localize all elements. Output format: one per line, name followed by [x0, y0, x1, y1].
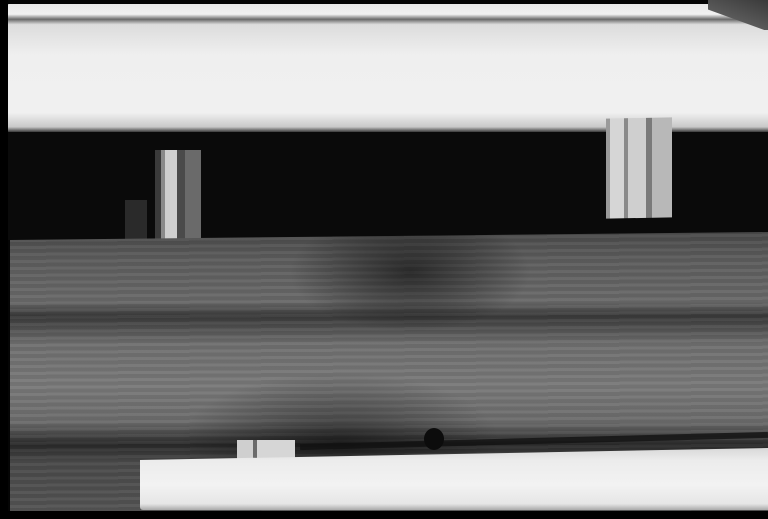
- frame-edge-left: [0, 0, 8, 519]
- left-shim: [155, 150, 201, 248]
- top-painted-board: [6, 4, 768, 132]
- top-right-corner-shadow: [708, 0, 768, 30]
- photo-scene: [0, 0, 768, 519]
- frame-edge-bottom: [0, 511, 768, 519]
- right-shim: [606, 117, 672, 218]
- knot-hole: [424, 428, 444, 450]
